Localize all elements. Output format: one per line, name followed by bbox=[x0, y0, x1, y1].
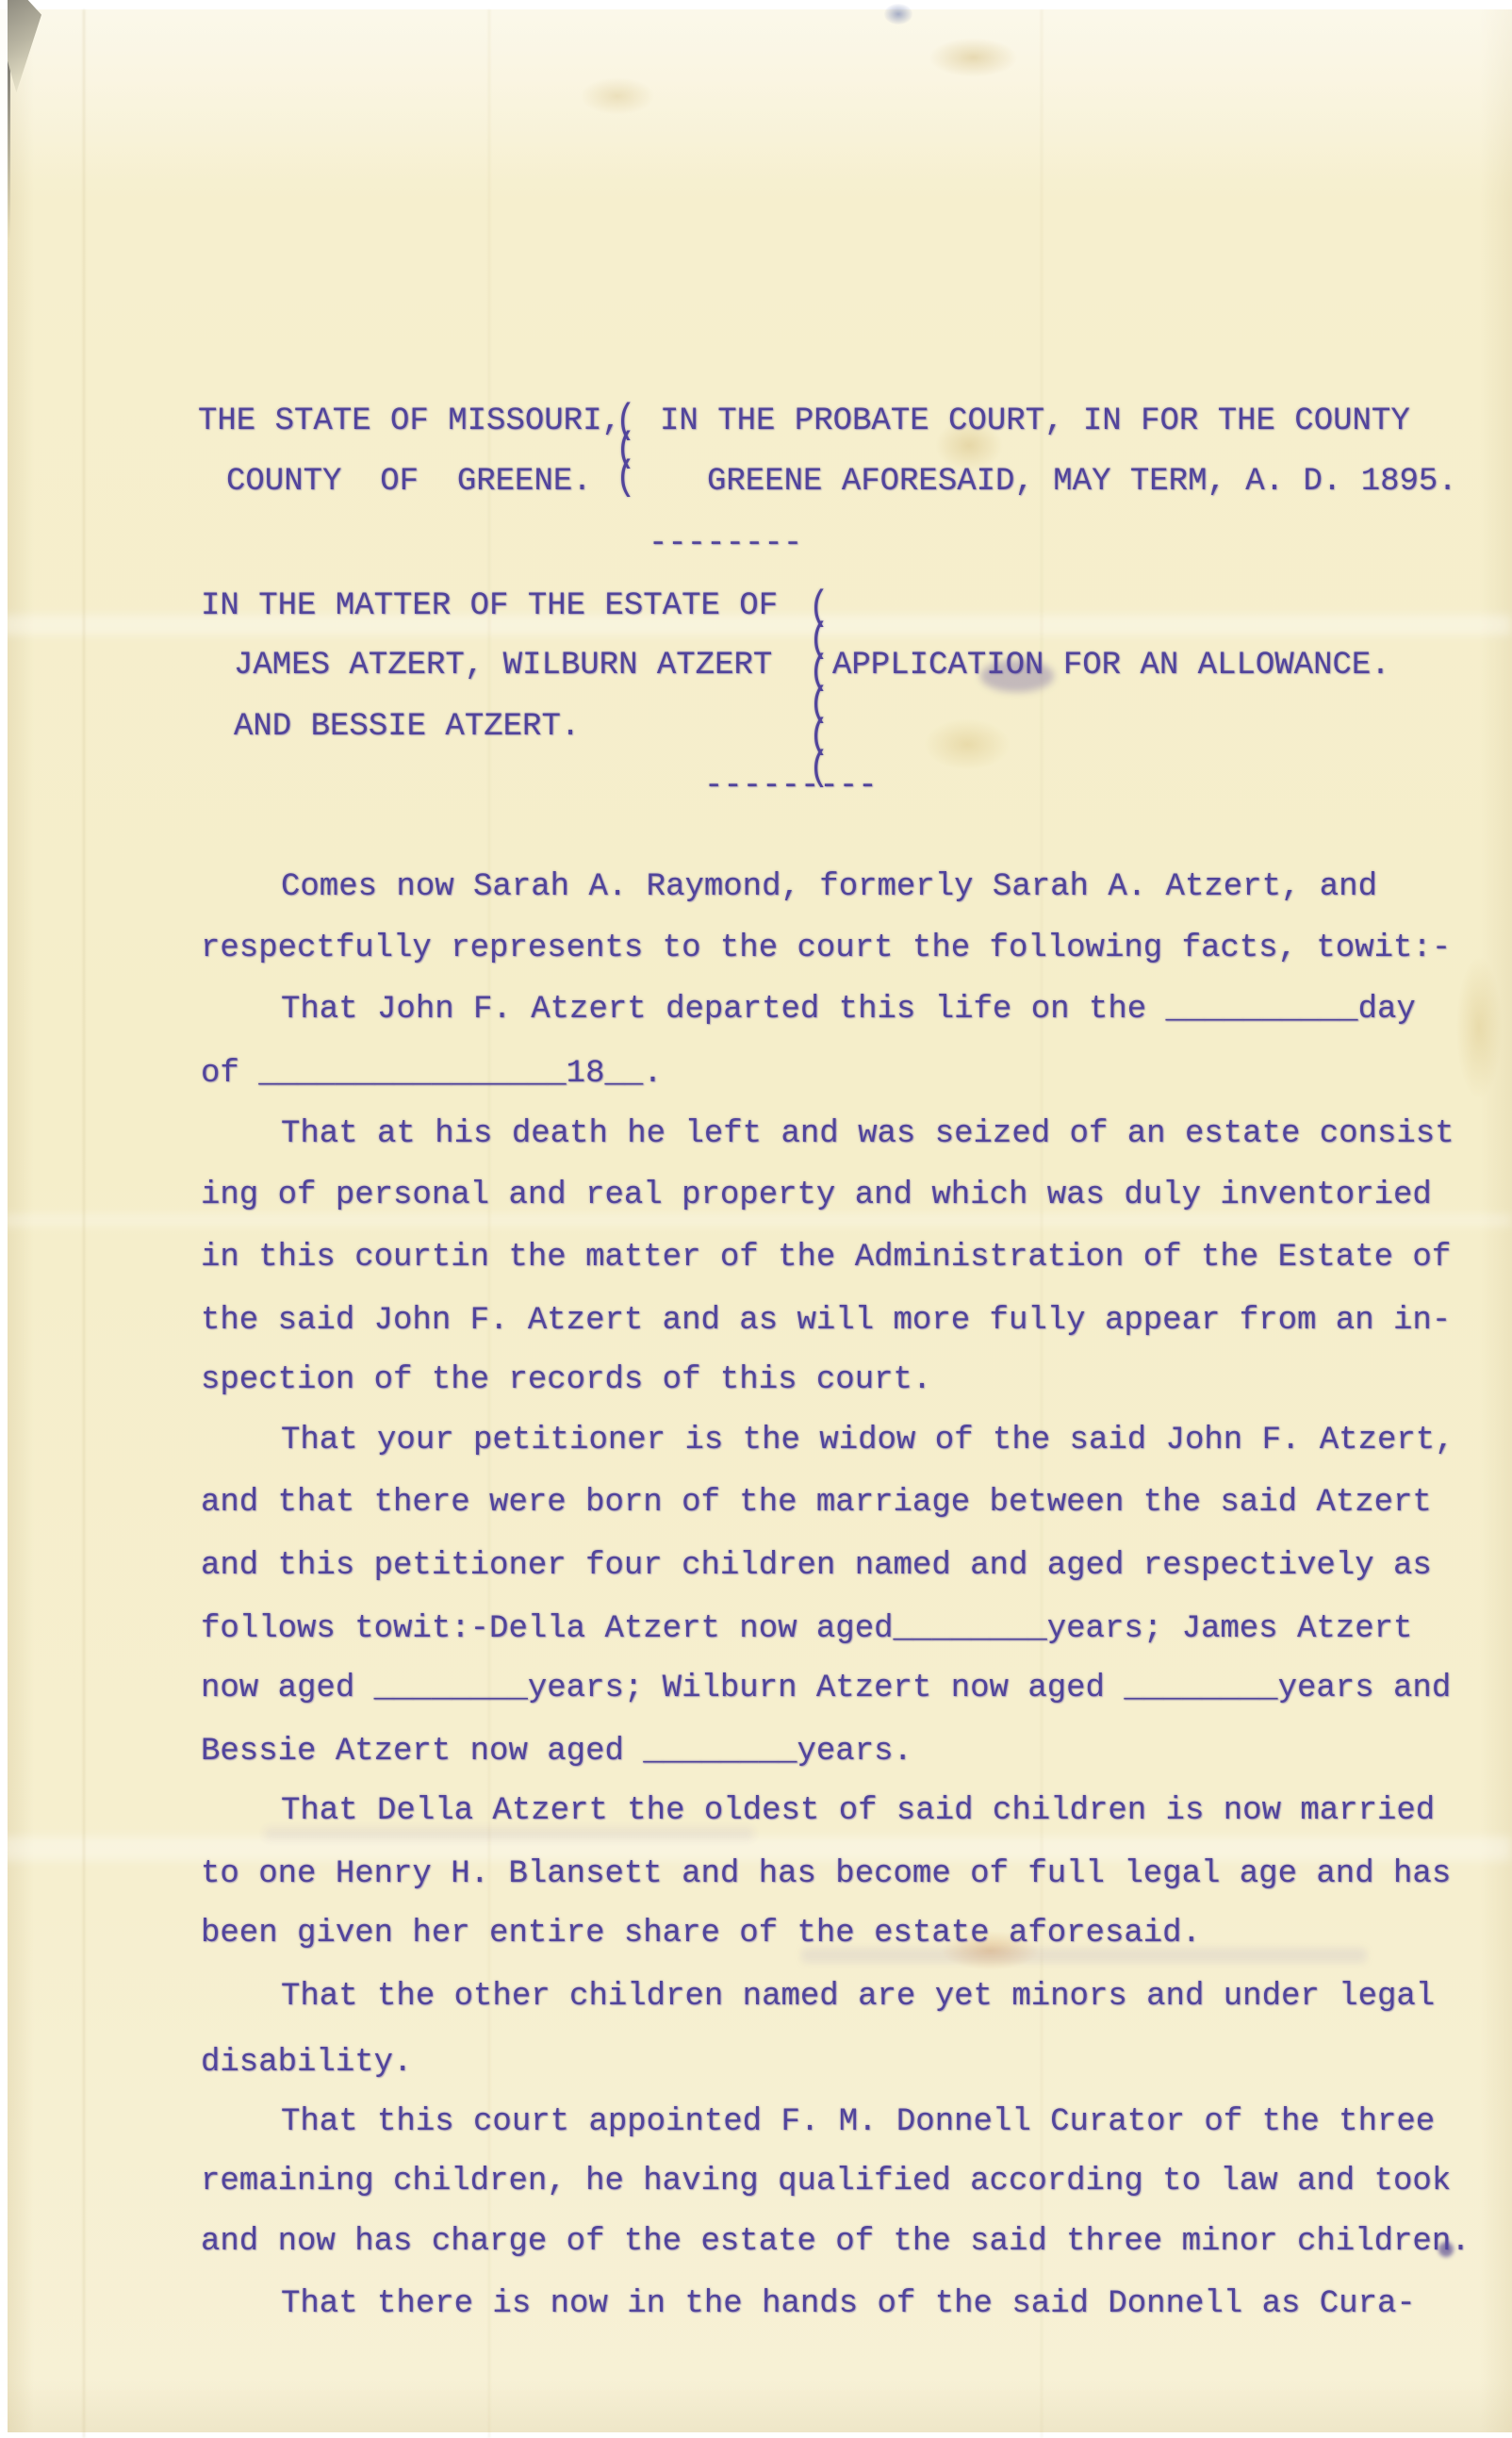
stain bbox=[884, 4, 912, 25]
body-line-14: now aged ________years; Wilburn Atzert n… bbox=[201, 1671, 1451, 1706]
caption-court-line: IN THE PROBATE COURT, IN FOR THE COUNTY bbox=[660, 404, 1410, 439]
caption-state-line: THE STATE OF MISSOURI, bbox=[198, 404, 621, 439]
body-line-6: ing of personal and real property and wh… bbox=[201, 1178, 1432, 1213]
brace-glyph: ( bbox=[616, 459, 636, 498]
estate-caption-line-3: AND BESSIE ATZERT. bbox=[234, 709, 580, 745]
estate-caption-line-2: JAMES ATZERT, WILBURN ATZERT bbox=[234, 648, 772, 684]
vertical-fold-line-1 bbox=[83, 9, 85, 2438]
body-line-21: That this court appointed F. M. Donnell … bbox=[281, 2104, 1435, 2140]
vertical-fold-line-3 bbox=[1041, 9, 1043, 2438]
body-line-22: remaining children, he having qualified … bbox=[201, 2164, 1451, 2199]
caption-term-line: GREENE AFORESAID, MAY TERM, A. D. 1895. bbox=[707, 464, 1457, 500]
body-line-5: That at his death he left and was seized… bbox=[281, 1116, 1454, 1152]
vertical-fold-line-2 bbox=[488, 9, 490, 2438]
light-exposure-band bbox=[0, 9, 1512, 203]
caption-county-line: COUNTY OF GREENE. bbox=[226, 464, 592, 500]
fold-band-2 bbox=[0, 1214, 1512, 1227]
estate-caption-line-1: IN THE MATTER OF THE ESTATE OF bbox=[201, 588, 778, 624]
body-line-7: in this courtin the matter of the Admini… bbox=[201, 1240, 1451, 1276]
body-line-23: and now has charge of the estate of the … bbox=[201, 2224, 1471, 2260]
body-line-13: follows towit:-Della Atzert now aged____… bbox=[201, 1611, 1412, 1647]
body-line-4: of ________________18__. bbox=[201, 1056, 663, 1092]
body-line-3: That John F. Atzert departed this life o… bbox=[281, 992, 1416, 1028]
body-line-16: That Della Atzert the oldest of said chi… bbox=[281, 1793, 1435, 1829]
body-line-17: to one Henry H. Blansett and has become … bbox=[201, 1856, 1451, 1892]
stain bbox=[924, 718, 1011, 770]
body-line-18: been given her entire share of the estat… bbox=[201, 1916, 1201, 1952]
body-line-9: spection of the records of this court. bbox=[201, 1362, 931, 1398]
body-line-12: and this petitioner four children named … bbox=[201, 1548, 1432, 1584]
stain bbox=[929, 38, 1018, 77]
separator-dashes-1: -------- bbox=[649, 526, 802, 562]
stain bbox=[1456, 957, 1502, 1098]
body-line-8: the said John F. Atzert and as will more… bbox=[201, 1303, 1451, 1339]
body-line-11: and that there were born of the marriage… bbox=[201, 1485, 1432, 1521]
body-line-19: That the other children named are yet mi… bbox=[281, 1979, 1435, 2015]
body-line-10: That your petitioner is the widow of the… bbox=[281, 1423, 1454, 1458]
body-line-24: That there is now in the hands of the sa… bbox=[281, 2286, 1416, 2322]
body-line-15: Bessie Atzert now aged ________years. bbox=[201, 1734, 912, 1770]
body-line-1: Comes now Sarah A. Raymond, formerly Sar… bbox=[281, 869, 1377, 905]
scanned-document-page: { "scan": { "paper_color": "#f5eeca", "i… bbox=[0, 0, 1512, 2438]
ink-bleed-through bbox=[264, 1827, 754, 1840]
body-line-20: disability. bbox=[201, 2045, 412, 2081]
separator-dashes-2: --------- bbox=[704, 768, 878, 804]
stain bbox=[580, 77, 655, 115]
body-line-2: respectfully represents to the court the… bbox=[201, 931, 1451, 966]
application-title: APPLICATION FOR AN ALLOWANCE. bbox=[832, 648, 1390, 684]
